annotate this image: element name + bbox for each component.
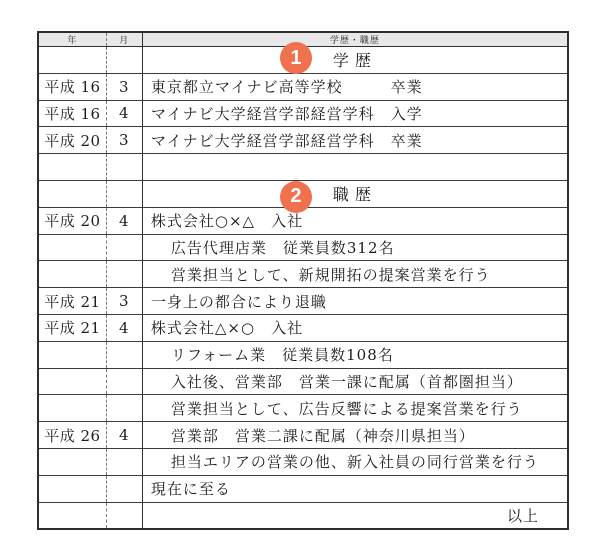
- history-text: 学歴: [333, 51, 377, 70]
- year-cell: 平成 20: [38, 207, 106, 234]
- month-cell: [106, 502, 142, 529]
- year-cell: [38, 180, 106, 207]
- month-cell: [106, 475, 142, 502]
- history-cell: 1 学歴: [142, 47, 568, 74]
- month-cell: [106, 261, 142, 288]
- table-row: 平成 26 4 営業部 営業二課に配属（神奈川県担当）: [38, 422, 568, 449]
- year-cell: 平成 20: [38, 127, 106, 154]
- history-text: 広告代理店業 従業員数312名: [171, 239, 395, 257]
- history-cell: 東京都立マイナビ高等学校 卒業: [142, 73, 568, 100]
- history-text: 入社後、営業部 営業一課に配属（首都圏担当）: [171, 373, 523, 391]
- month-cell: 3: [106, 288, 142, 315]
- table-row: リフォーム業 従業員数108名: [38, 341, 568, 368]
- year-cell: [38, 368, 106, 395]
- year-cell: [38, 341, 106, 368]
- table-row: 平成 16 4 マイナビ大学経営学部経営学科 入学: [38, 100, 568, 127]
- history-text: 営業担当として、広告反響による提案営業を行う: [171, 400, 523, 418]
- month-cell: [106, 448, 142, 475]
- resume-history-page: 年 月 学歴・職歴 1 学歴 平成 16 3 東京都立マイナビ高等学校 卒業 平…: [0, 0, 600, 560]
- history-text: 一身上の都合により退職: [151, 293, 327, 311]
- year-cell: [38, 154, 106, 181]
- month-cell: [106, 180, 142, 207]
- education-work-history-table: 年 月 学歴・職歴 1 学歴 平成 16 3 東京都立マイナビ高等学校 卒業 平…: [37, 31, 569, 530]
- year-cell: [38, 261, 106, 288]
- month-cell: [106, 368, 142, 395]
- month-cell: 3: [106, 127, 142, 154]
- table-row: 広告代理店業 従業員数312名: [38, 234, 568, 261]
- table-body: 1 学歴 平成 16 3 東京都立マイナビ高等学校 卒業 平成 16 4 マイナ…: [38, 47, 568, 530]
- history-cell: 一身上の都合により退職: [142, 288, 568, 315]
- year-cell: [38, 502, 106, 529]
- history-cell: 以上: [142, 502, 568, 529]
- table-row: 平成 21 3 一身上の都合により退職: [38, 288, 568, 315]
- section-number-badge: 2: [280, 181, 312, 213]
- year-cell: [38, 475, 106, 502]
- table-row: 平成 21 4 株式会社△×○ 入社: [38, 314, 568, 341]
- section-number-badge: 1: [280, 42, 312, 74]
- year-cell: [38, 395, 106, 422]
- history-text: 現在に至る: [151, 480, 231, 498]
- year-cell: 平成 21: [38, 288, 106, 315]
- history-text: 担当エリアの営業の他、新入社員の同行営業を行う: [171, 453, 539, 471]
- table-row: 担当エリアの営業の他、新入社員の同行営業を行う: [38, 448, 568, 475]
- history-text: 東京都立マイナビ高等学校 卒業: [151, 78, 423, 96]
- history-cell: 株式会社○×△ 入社: [142, 207, 568, 234]
- month-cell: 4: [106, 207, 142, 234]
- month-cell: 4: [106, 422, 142, 449]
- history-cell: マイナビ大学経営学部経営学科 卒業: [142, 127, 568, 154]
- history-cell: 入社後、営業部 営業一課に配属（首都圏担当）: [142, 368, 568, 395]
- history-text: リフォーム業 従業員数108名: [171, 346, 394, 364]
- column-header-month: 月: [106, 32, 142, 47]
- history-cell: [142, 154, 568, 181]
- history-text: マイナビ大学経営学部経営学科 卒業: [151, 132, 423, 150]
- history-text: 営業担当として、新規開拓の提案営業を行う: [171, 266, 491, 284]
- table-row: 2 職歴: [38, 180, 568, 207]
- month-cell: [106, 234, 142, 261]
- year-cell: [38, 234, 106, 261]
- table-row: 現在に至る: [38, 475, 568, 502]
- month-cell: [106, 341, 142, 368]
- year-cell: 平成 16: [38, 100, 106, 127]
- month-cell: 4: [106, 314, 142, 341]
- history-cell: リフォーム業 従業員数108名: [142, 341, 568, 368]
- year-cell: 平成 16: [38, 73, 106, 100]
- table-row: 以上: [38, 502, 568, 529]
- history-cell: 営業担当として、広告反響による提案営業を行う: [142, 395, 568, 422]
- column-header-year: 年: [38, 32, 106, 47]
- history-cell: 株式会社△×○ 入社: [142, 314, 568, 341]
- history-cell: 担当エリアの営業の他、新入社員の同行営業を行う: [142, 448, 568, 475]
- table-row: 営業担当として、広告反響による提案営業を行う: [38, 395, 568, 422]
- month-cell: 4: [106, 100, 142, 127]
- history-cell: 広告代理店業 従業員数312名: [142, 234, 568, 261]
- history-text: 営業部 営業二課に配属（神奈川県担当）: [171, 427, 475, 445]
- year-cell: [38, 47, 106, 74]
- month-cell: [106, 47, 142, 74]
- month-cell: [106, 154, 142, 181]
- history-cell: 2 職歴: [142, 180, 568, 207]
- history-text: 職歴: [333, 185, 377, 204]
- table-row: [38, 154, 568, 181]
- column-header-history: 学歴・職歴: [142, 32, 568, 47]
- year-cell: 平成 26: [38, 422, 106, 449]
- table-row: 平成 20 3 マイナビ大学経営学部経営学科 卒業: [38, 127, 568, 154]
- history-cell: 現在に至る: [142, 475, 568, 502]
- table-row: 入社後、営業部 営業一課に配属（首都圏担当）: [38, 368, 568, 395]
- history-cell: マイナビ大学経営学部経営学科 入学: [142, 100, 568, 127]
- history-text: マイナビ大学経営学部経営学科 入学: [151, 105, 423, 123]
- year-cell: [38, 448, 106, 475]
- history-text: 以上: [507, 507, 539, 525]
- month-cell: [106, 395, 142, 422]
- year-cell: 平成 21: [38, 314, 106, 341]
- table-row: 1 学歴: [38, 47, 568, 74]
- history-cell: 営業担当として、新規開拓の提案営業を行う: [142, 261, 568, 288]
- history-text: 株式会社○×△ 入社: [151, 212, 303, 230]
- table-row: 営業担当として、新規開拓の提案営業を行う: [38, 261, 568, 288]
- table-row: 平成 16 3 東京都立マイナビ高等学校 卒業: [38, 73, 568, 100]
- history-text: 株式会社△×○ 入社: [151, 319, 303, 337]
- month-cell: 3: [106, 73, 142, 100]
- history-cell: 営業部 営業二課に配属（神奈川県担当）: [142, 422, 568, 449]
